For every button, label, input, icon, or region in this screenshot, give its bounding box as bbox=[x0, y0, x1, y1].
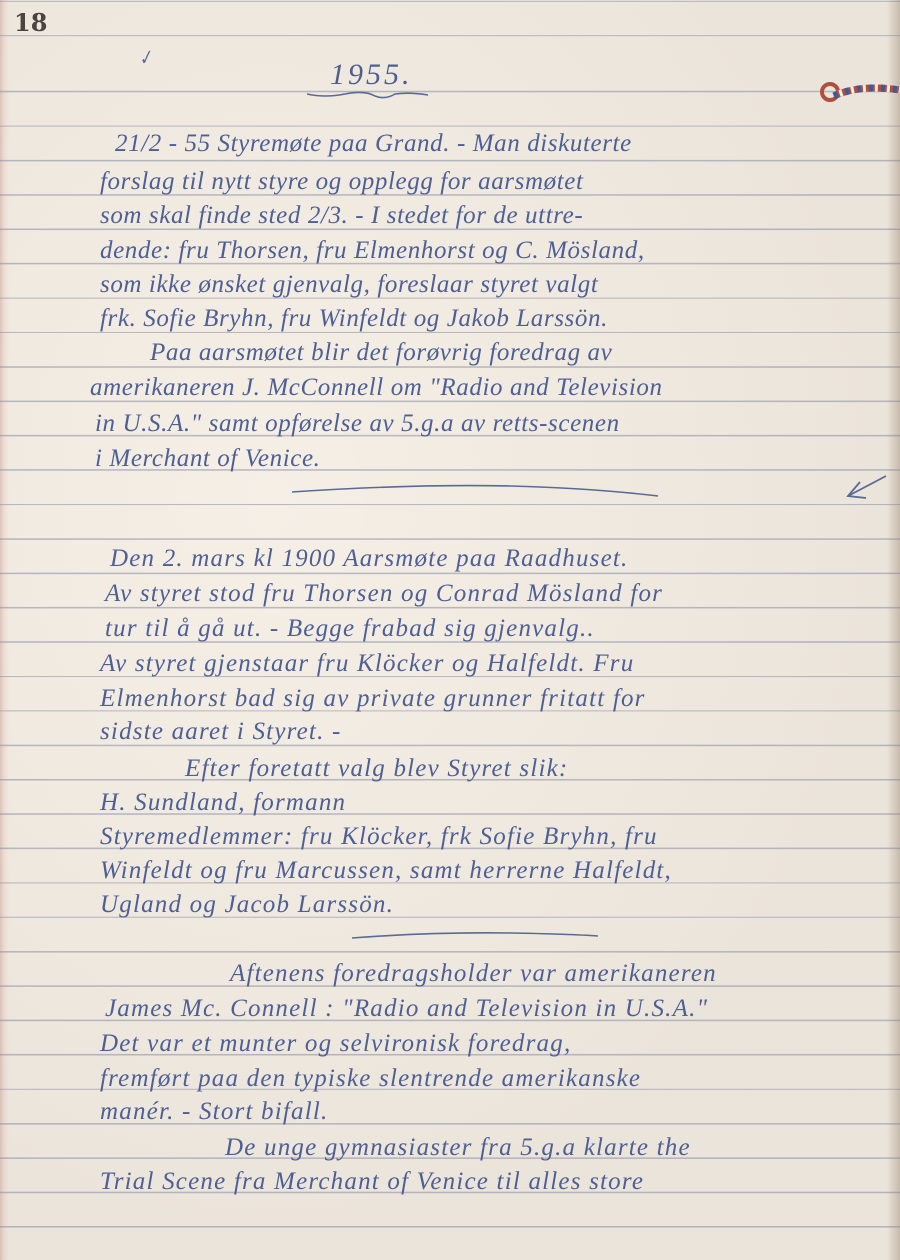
year-underline-squiggle bbox=[305, 90, 430, 102]
entry-2-closing-underline bbox=[350, 930, 600, 942]
entry-3-line-4: fremført paa den typiske slentrende amer… bbox=[100, 1065, 641, 1093]
entry-2-line-1: Den 2. mars kl 1900 Aarsmøte paa Raadhus… bbox=[110, 545, 628, 573]
notebook-page: 18 ✓ 1955. 21/2 - 55 Styremøte paa Grand… bbox=[0, 0, 900, 1260]
entry-1-line-10: i Merchant of Venice. bbox=[95, 445, 321, 473]
entry-3-line-2: James Mc. Connell : "Radio and Televisio… bbox=[105, 995, 708, 1023]
entry-3-line-5: manér. - Stort bifall. bbox=[100, 1098, 329, 1126]
entry-1-line-7: Paa aarsmøtet blir det forøvrig foredrag… bbox=[150, 339, 612, 367]
entry-2-line-11: Ugland og Jacob Larssön. bbox=[100, 891, 394, 919]
entry-1-line-1: 21/2 - 55 Styremøte paa Grand. - Man dis… bbox=[115, 130, 632, 158]
entry-2-line-6: sidste aaret i Styret. - bbox=[100, 718, 342, 746]
entry-1-line-8: amerikaneren J. McConnell om "Radio and … bbox=[90, 374, 663, 402]
page-edge-shadow bbox=[888, 0, 900, 1260]
entry-1-line-2: forslag til nytt styre og opplegg for aa… bbox=[100, 168, 584, 196]
entry-2-line-10: Winfeldt og fru Marcussen, samt herrerne… bbox=[100, 857, 672, 885]
entry-1-line-4: dende: fru Thorsen, fru Elmenhorst og C.… bbox=[100, 237, 645, 265]
margin-arrow-icon bbox=[840, 470, 890, 510]
entry-2-line-2: Av styret stod fru Thorsen og Conrad Mös… bbox=[105, 580, 663, 608]
entry-2-line-7: Efter foretatt valg blev Styret slik: bbox=[185, 755, 568, 783]
entry-1-closing-underline bbox=[290, 482, 660, 498]
entry-3-line-1: Aftenens foredragsholder var amerikanere… bbox=[230, 960, 717, 988]
entry-1-line-9: in U.S.A." samt opførelse av 5.g.a av re… bbox=[95, 410, 620, 438]
entry-2-line-9: Styremedlemmer: fru Klöcker, frk Sofie B… bbox=[100, 823, 658, 851]
entry-2-line-8: H. Sundland, formann bbox=[100, 789, 346, 817]
corner-check-mark-icon: ✓ bbox=[135, 46, 156, 71]
page-number: 18 bbox=[14, 8, 47, 37]
entry-2-line-5: Elmenhorst bad sig av private grunner fr… bbox=[100, 685, 646, 713]
entry-3-line-3: Det var et munter og selvironisk foredra… bbox=[100, 1030, 571, 1058]
entry-3-line-6: De unge gymnasiaster fra 5.g.a klarte th… bbox=[225, 1134, 691, 1162]
entry-1-line-6: frk. Sofie Bryhn, fru Winfeldt og Jakob … bbox=[100, 305, 608, 333]
entry-3-line-7: Trial Scene fra Merchant of Venice til a… bbox=[100, 1168, 644, 1196]
entry-1-line-3: som skal finde sted 2/3. - I stedet for … bbox=[100, 202, 583, 230]
year-heading: 1955. bbox=[330, 58, 413, 92]
binding-cord-icon bbox=[820, 82, 900, 104]
entry-1-line-5: som ikke ønsket gjenvalg, foreslaar styr… bbox=[100, 271, 598, 299]
entry-2-line-3: tur til å gå ut. - Begge frabad sig gjen… bbox=[105, 615, 595, 643]
entry-2-line-4: Av styret gjenstaar fru Klöcker og Halfe… bbox=[100, 650, 634, 678]
